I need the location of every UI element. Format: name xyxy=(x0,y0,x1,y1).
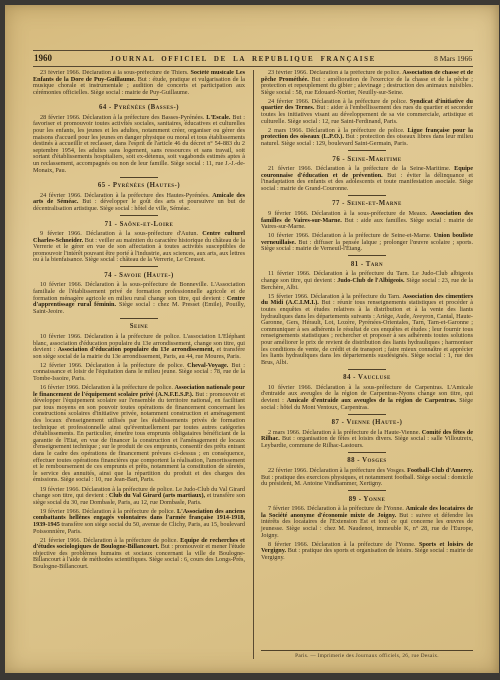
imprint-rule xyxy=(261,650,473,651)
page-number: 1960 xyxy=(34,53,52,63)
journal-entry: 2 mars 1966. Déclaration à la préfecture… xyxy=(261,128,473,148)
journal-entry: 24 février 1966. Déclaration à la préfec… xyxy=(33,193,245,213)
section-heading: 77 - Seine-et-Marne xyxy=(261,200,473,207)
section-divider xyxy=(348,255,386,256)
section-heading: 84 - Vaucluse xyxy=(261,374,473,381)
section-divider xyxy=(348,195,386,196)
imprint-block: Paris. — Imprimerie des Journaux officie… xyxy=(261,650,473,659)
section-heading: 65 - Pyrénées (Hautes-) xyxy=(33,182,245,189)
column-divider xyxy=(253,70,254,659)
journal-entry: 15 février 1966. Déclaration à la préfec… xyxy=(261,294,473,367)
journal-entry: 9 février 1966. Déclaration à la sous-pr… xyxy=(261,211,473,231)
page-content: 1960 JOURNAL OFFICIEL DE LA REPUBLIQUE F… xyxy=(33,50,473,659)
journal-entry: 19 février 1966. Déclaration à la préfec… xyxy=(33,509,245,535)
section-divider xyxy=(120,266,158,267)
journal-entry: 9 février 1966. Déclaration à la sous-pr… xyxy=(33,231,245,264)
journal-entry: 19 février 1966. Déclaration à la préfec… xyxy=(33,487,245,507)
column-right: 23 février 1966. Déclaration à la préfec… xyxy=(253,70,473,659)
journal-entry: 21 février 1966. Déclaration à la préfec… xyxy=(261,166,473,192)
column-left-blocks: 23 février 1966. Déclaration à la sous-p… xyxy=(33,70,245,571)
journal-entry: 23 février 1966. Déclaration à la sous-p… xyxy=(33,70,245,96)
section-divider xyxy=(348,452,386,453)
section-divider xyxy=(348,369,386,370)
journal-entry: 12 février 1966. Déclaration à la préfec… xyxy=(33,363,245,383)
journal-entry: 10 février 1966. Déclaration à la préfec… xyxy=(33,334,245,360)
journal-entry: 11 février 1966. Déclaration à la préfec… xyxy=(261,271,473,291)
journal-entry: 28 février 1966. Déclaration à la préfec… xyxy=(33,115,245,174)
journal-entry: 8 février 1966. Déclaration à la préfect… xyxy=(261,542,473,562)
journal-entry: 10 février 1966. Déclaration à la sous-p… xyxy=(261,385,473,411)
journal-entry: 7 février 1966. Déclaration à la préfect… xyxy=(261,506,473,539)
journal-entry: 2 mars 1966. Déclaration à la préfecture… xyxy=(261,430,473,450)
column-right-blocks: 23 février 1966. Déclaration à la préfec… xyxy=(261,70,473,647)
section-divider xyxy=(348,490,386,491)
section-divider xyxy=(120,215,158,216)
section-heading: 81 - Tarn xyxy=(261,261,473,268)
section-heading: 89 - Yonne xyxy=(261,496,473,503)
section-divider xyxy=(120,318,158,319)
section-heading: 71 - Saône-et-Loire xyxy=(33,221,245,228)
issue-date: 8 Mars 1966 xyxy=(434,54,472,63)
imprint-text: Paris. — Imprimerie des Journaux officie… xyxy=(261,653,473,659)
journal-entry: 23 février 1966. Déclaration à la préfec… xyxy=(261,70,473,96)
section-divider xyxy=(348,150,386,151)
section-heading: Seine xyxy=(33,323,245,330)
text-columns: 23 février 1966. Déclaration à la sous-p… xyxy=(33,70,473,659)
journal-entry: 21 février 1966. Déclaration à la préfec… xyxy=(33,538,245,571)
column-left: 23 février 1966. Déclaration à la sous-p… xyxy=(33,70,253,659)
section-heading: 64 - Pyrénées (Basses-) xyxy=(33,104,245,111)
section-heading: 76 - Seine-Maritime xyxy=(261,156,473,163)
journal-entry: 22 février 1966. Déclaration à la préfec… xyxy=(261,468,473,488)
masthead: 1960 JOURNAL OFFICIEL DE LA REPUBLIQUE F… xyxy=(33,50,473,67)
masthead-rule-bottom xyxy=(33,66,473,67)
journal-entry: 24 février 1966. Déclaration à la préfec… xyxy=(261,99,473,125)
section-divider xyxy=(120,99,158,100)
section-divider xyxy=(348,414,386,415)
section-heading: 87 - Vienne (Haute-) xyxy=(261,419,473,426)
journal-entry: 10 février 1966. Déclaration à la préfec… xyxy=(261,233,473,253)
journal-title: JOURNAL OFFICIEL DE LA REPUBLIQUE FRANÇA… xyxy=(110,55,376,63)
section-divider xyxy=(120,177,158,178)
section-heading: 88 - Vosges xyxy=(261,457,473,464)
journal-entry: 10 février 1966. Déclaration à la sous-p… xyxy=(33,282,245,315)
journal-page: 1960 JOURNAL OFFICIEL DE LA REPUBLIQUE F… xyxy=(5,5,499,673)
section-heading: 74 - Savoie (Haute-) xyxy=(33,272,245,279)
journal-entry: 16 février 1966. Déclaration à la préfec… xyxy=(33,385,245,484)
